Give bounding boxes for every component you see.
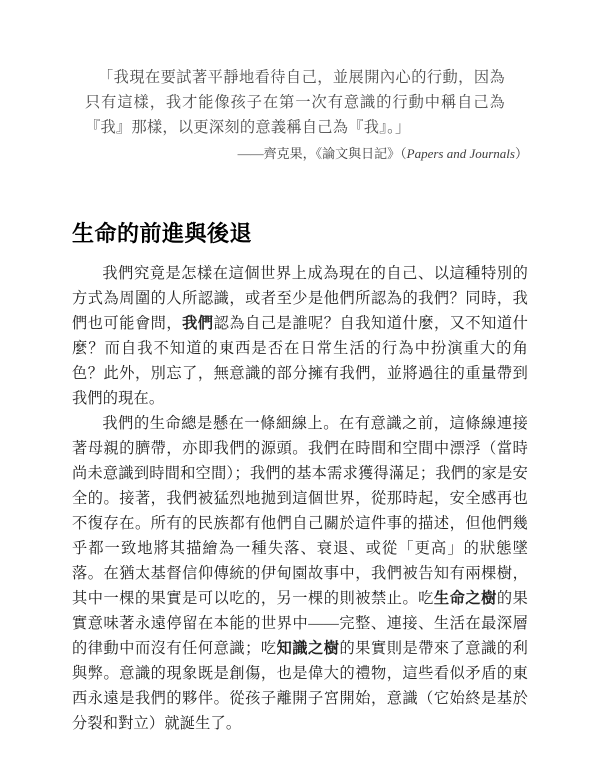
attribution-paren-close: ） [515, 146, 528, 161]
body-paragraphs: 我們究竟是怎樣在這個世界上成為現在的自己、以這種特別的方式為周圍的人所認識，或者… [72, 261, 528, 736]
attribution-work-english: Papers and Journals [407, 146, 515, 161]
book-page: 「我現在要試著平靜地看待自己，並展開內心的行動，因為只有這樣，我才能像孩子在第一… [0, 0, 600, 778]
bold-term: 知識之樹 [277, 640, 340, 657]
chapter-heading: 生命的前進與後退 [72, 221, 528, 247]
text-segment: 我們的生命總是懸在一條細線上。在有意識之前，這條線連接著母親的臍帶，亦即我們的源… [72, 415, 528, 607]
bold-term: 我們 [182, 315, 213, 332]
body-paragraph: 我們的生命總是懸在一條細線上。在有意識之前，這條線連接著母親的臍帶，亦即我們的源… [72, 411, 528, 736]
body-paragraph: 我們究竟是怎樣在這個世界上成為現在的自己、以這種特別的方式為周圍的人所認識，或者… [72, 261, 528, 411]
attribution-author-work: ——齊克果，《論文與日記》 [238, 146, 401, 161]
bold-term: 生命之樹 [434, 590, 497, 607]
epigraph-quote: 「我現在要試著平靜地看待自己，並展開內心的行動，因為只有這樣，我才能像孩子在第一… [85, 65, 505, 140]
epigraph-attribution: ——齊克果，《論文與日記》（Papers and Journals） [72, 144, 528, 164]
